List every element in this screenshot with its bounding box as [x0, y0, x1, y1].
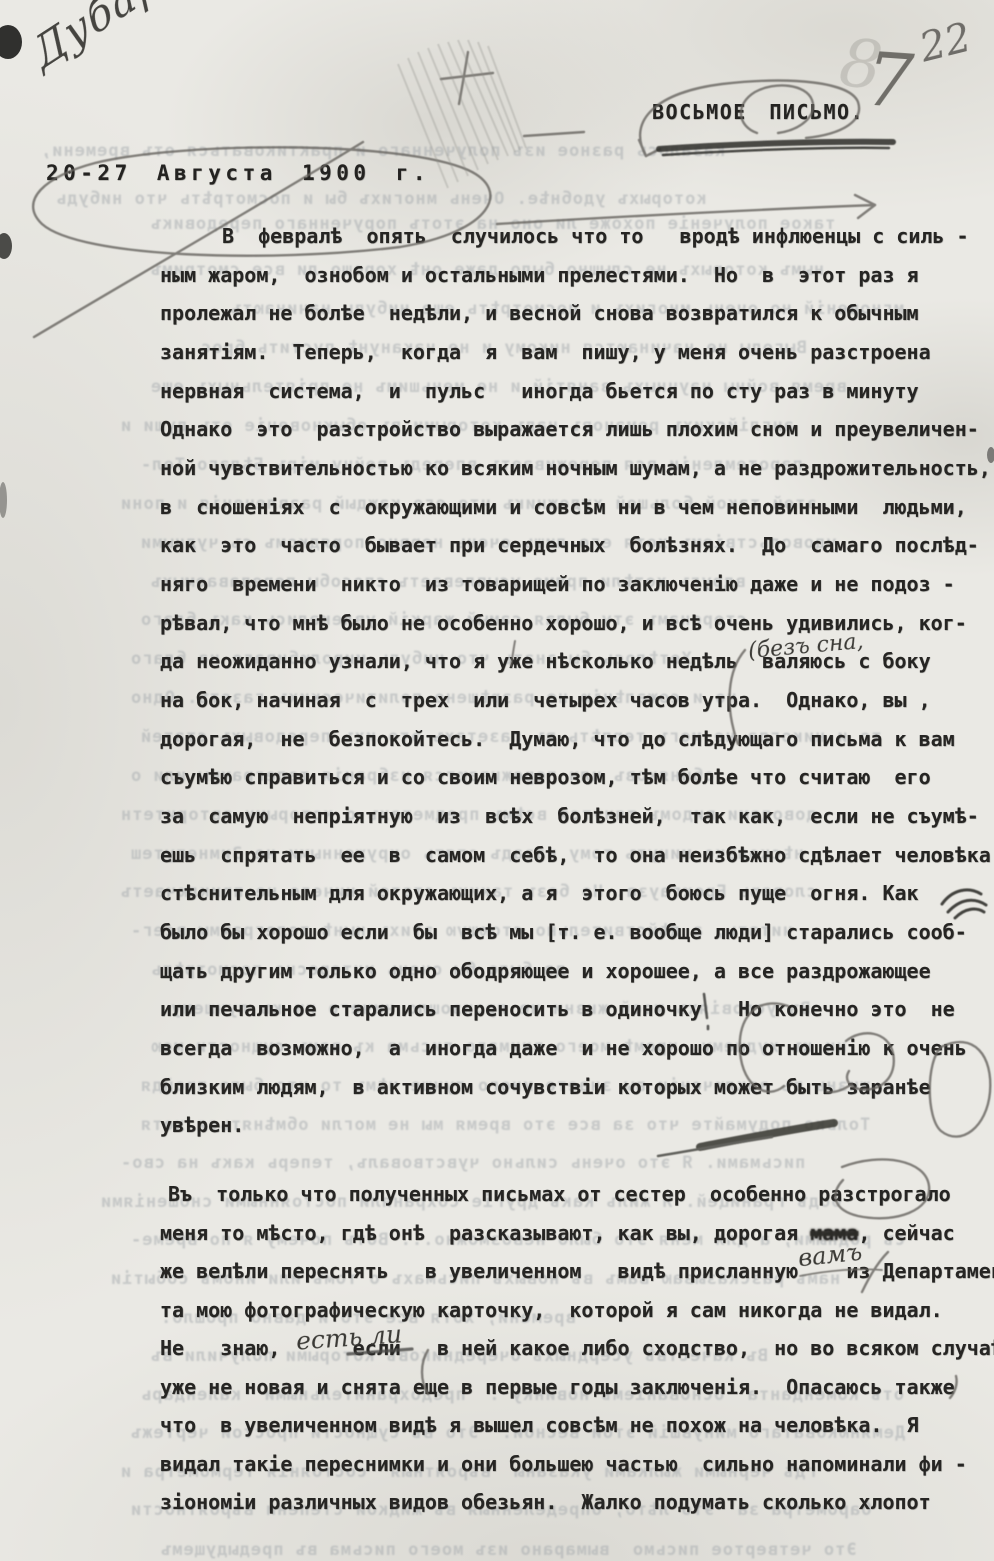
typed-text: ным жаром, ознобом и остальными прелестя… — [160, 263, 919, 287]
scanned-letter-page: казалось разное изъ полученнаго и практи… — [0, 0, 994, 1561]
typed-text: няго времени никто из товарищей по заклю… — [160, 572, 955, 596]
typed-line: съумѣю справиться и со своим неврозом, т… — [160, 765, 931, 789]
bleedthrough-line: которыхъ удобнѣе. Очень многихъ бы и пос… — [55, 189, 707, 209]
typed-text: та мою фотографическую карточку, которой… — [160, 1298, 943, 1322]
typed-text: в сношеніях с окружающими и совсѣм ни в … — [160, 495, 967, 519]
typed-line: на бок, начиная с трех или четырех часов… — [160, 688, 931, 712]
typed-text: Не знаю, если в ней какое либо сходство,… — [160, 1336, 994, 1360]
typed-line: В февралѣ опять случилось что то вродѣ и… — [222, 224, 969, 248]
typed-text: на бок, начиная с трех или четырех часов… — [160, 688, 931, 712]
typed-line: стѣснительным для окружающих, а я этого … — [160, 881, 919, 905]
typed-line: или печальное старались переносить в оди… — [160, 997, 955, 1021]
typed-line: что в увеличенном видѣ я вышел совсѣм не… — [160, 1413, 919, 1437]
typed-line: за самую непріятную из всѣх болѣзней, та… — [160, 804, 979, 828]
typed-line: всегда возможно, а иногда даже и не хоро… — [160, 1036, 967, 1060]
handwritten-number-bold: 7 — [863, 36, 916, 125]
typed-line: ным жаром, ознобом и остальными прелестя… — [160, 263, 919, 287]
handwritten-signature: Дубаркинъ — [27, 0, 266, 79]
typed-line: видал такіе переснимки и они большею час… — [160, 1452, 967, 1476]
typed-line: ешь спрятать ее в самом себѣ, то она неи… — [160, 843, 991, 867]
typed-text: Въ только что полученных письмах от сест… — [168, 1182, 951, 1206]
typed-line: няго времени никто из товарищей по заклю… — [160, 572, 955, 596]
typed-text: Однако это разстройство выражается лишь … — [160, 417, 979, 441]
typed-line: Не знаю, если в ней какое либо сходство,… — [160, 1336, 994, 1360]
typed-text: меня то мѣсто, гдѣ онѣ разсказывают, как… — [160, 1221, 810, 1245]
typed-line: дорогая, не безпокойтесь. Думаю, что до … — [160, 727, 955, 751]
typed-text: близким людям, в активном сочувствіи кот… — [160, 1075, 931, 1099]
typed-text: пролежал не болѣе недѣли, и весной снова… — [160, 301, 919, 325]
typed-line: близким людям, в активном сочувствіи кот… — [160, 1075, 931, 1099]
typed-text: стѣснительным для окружающих, а я этого … — [160, 881, 919, 905]
typed-text: занятіям. Теперь, когда я вам пишу, у ме… — [160, 340, 931, 364]
typed-text: ешь спрятать ее в самом себѣ, то она неи… — [160, 843, 991, 867]
typed-line: ной чувствительностью ко всяким ночным ш… — [160, 456, 991, 480]
letter-title: ВОСЬМОЕ ПИСЬМО. — [652, 100, 864, 124]
ink-scribble-right — [942, 890, 986, 918]
typed-text: было бы хорошо если бы всѣ мы [т. е. воо… — [160, 920, 967, 944]
pencil-dash-mark — [524, 132, 584, 136]
typed-text: видал такіе переснимки и они большею час… — [160, 1452, 967, 1476]
typed-line: увѣрен. — [160, 1113, 244, 1137]
bleedthrough-line: письмами. Я это очень сильно чувствовалъ… — [120, 1153, 805, 1173]
pencil-arrow-head — [855, 195, 875, 218]
typed-text: дорогая, не безпокойтесь. Думаю, что до … — [160, 727, 955, 751]
typed-text: как это часто бывает при сердечных болѣз… — [160, 533, 979, 557]
typed-line: Однако это разстройство выражается лишь … — [160, 417, 979, 441]
typed-text: что в увеличенном видѣ я вышел совсѣм не… — [160, 1413, 919, 1437]
bleedthrough-line: Только подумайте что за все это время мы… — [140, 1115, 870, 1135]
typed-text: уже не новая и снята еще в первые годы з… — [160, 1375, 955, 1399]
typed-text: же велѣли переснять в увеличенном видѣ п… — [160, 1259, 994, 1283]
typed-text: увѣрен. — [160, 1113, 244, 1137]
typed-line: щать другим только одно ободряющее и хор… — [160, 959, 931, 983]
pencil-plus-mark — [441, 52, 493, 104]
bleedthrough-line: казалось разное изъ полученнаго и практи… — [40, 141, 725, 161]
typed-line: в сношеніях с окружающими и совсѣм ни в … — [160, 495, 967, 519]
typed-line: же велѣли переснять в увеличенном видѣ п… — [160, 1259, 994, 1283]
typed-text: ной чувствительностью ко всяким ночным ш… — [160, 456, 991, 480]
typed-line: та мою фотографическую карточку, которой… — [160, 1298, 943, 1322]
letter-date: 20-27 Августа 1900 г. — [46, 161, 430, 185]
typed-text: съумѣю справиться и со своим неврозом, т… — [160, 765, 931, 789]
typed-line: занятіям. Теперь, когда я вам пишу, у ме… — [160, 340, 931, 364]
typed-line: пролежал не болѣе недѣли, и весной снова… — [160, 301, 919, 325]
typed-text: В февралѣ опять случилось что то вродѣ и… — [222, 224, 969, 248]
typed-text: , сейчас — [858, 1221, 954, 1245]
typed-text: зіономіи различных видов обезьян. Жалко … — [160, 1490, 931, 1514]
bleedthrough-line: Это четвертое письмо вымарано изъ моего … — [160, 1540, 857, 1560]
typed-line: как это часто бывает при сердечных болѣз… — [160, 533, 979, 557]
typed-text: нервная система, и пульс иногда бьется п… — [160, 379, 919, 403]
typed-text: щать другим только одно ободряющее и хор… — [160, 959, 931, 983]
typed-line: нервная система, и пульс иногда бьется п… — [160, 379, 919, 403]
typed-text: за самую непріятную из всѣх болѣзней, та… — [160, 804, 979, 828]
typed-line: Въ только что полученных письмах от сест… — [168, 1182, 951, 1206]
typed-text: или печальное старались переносить в оди… — [160, 997, 955, 1021]
handwritten-page-number: 22 — [915, 15, 976, 72]
typed-line: было бы хорошо если бы всѣ мы [т. е. воо… — [160, 920, 967, 944]
typed-line: уже не новая и снята еще в первые годы з… — [160, 1375, 955, 1399]
typed-text: всегда возможно, а иногда даже и не хоро… — [160, 1036, 967, 1060]
typed-line: зіономіи различных видов обезьян. Жалко … — [160, 1490, 931, 1514]
